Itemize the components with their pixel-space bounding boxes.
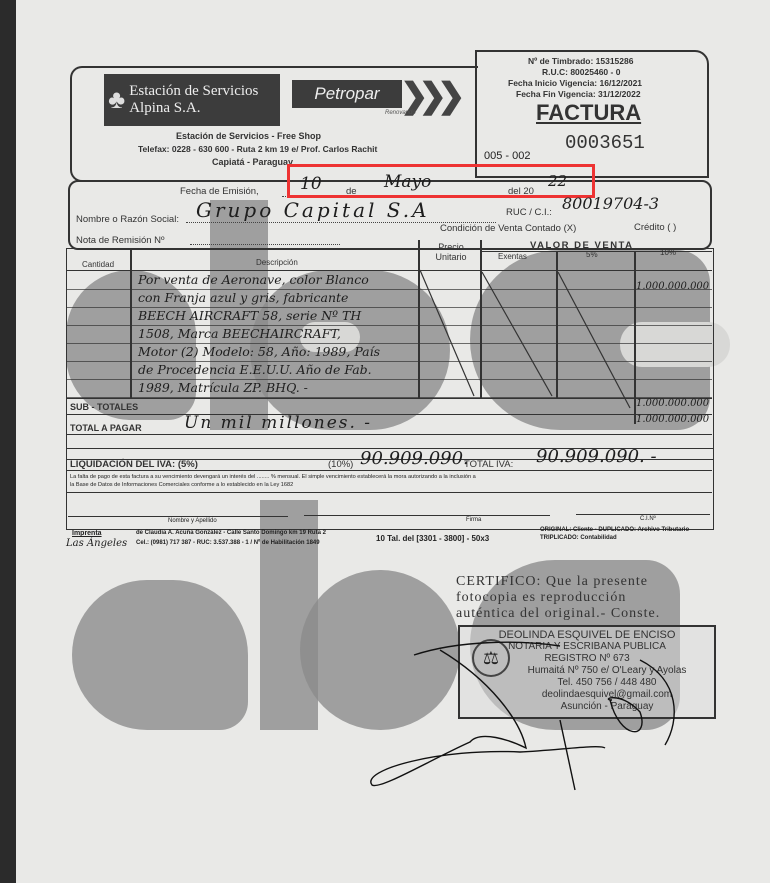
notary-signature: [0, 0, 770, 883]
